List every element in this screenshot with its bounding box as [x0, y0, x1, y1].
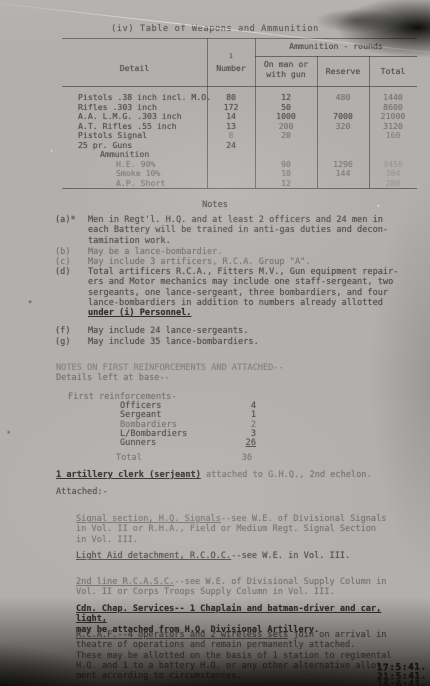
notes-heading: Notes [0, 200, 430, 210]
header-bottom-rule [62, 86, 417, 87]
cell-on-man [255, 141, 317, 151]
note-c: (c) May include 3 artificers, R.C.A. Gro… [88, 257, 410, 267]
cell-number: 24 [207, 141, 255, 151]
reinforcements-subheading: Details left at base-- [56, 373, 170, 383]
attached-light-aid-detachment: Light Aid detachment, R.C.O.C.--see W.E.… [58, 541, 414, 561]
cell-total: 160 [369, 131, 417, 141]
cell-reserve: 320 [317, 122, 369, 132]
artillery-clerk-line: 1 artillery clerk (serjeant) attached to… [56, 470, 416, 480]
list-item: Bombardiers 2 [120, 421, 256, 430]
header-detail: Detail [62, 64, 207, 74]
header-reserve: Reserve [317, 67, 369, 77]
note-label: (g) [55, 337, 71, 347]
cell-number [207, 169, 255, 179]
page-title: (iv) Table of Weapons and Ammunition [0, 24, 430, 34]
note-g: (g) May include 35 lance-bombardiers. [88, 337, 410, 347]
note-a: (a)* Men in Regt'l. H.Q. and at least 2 … [88, 215, 410, 246]
cell-reserve: 144 [317, 169, 369, 179]
reinforcements-total: Total 36 [116, 454, 252, 463]
note-text: May include 24 lance-sergeants. [88, 326, 410, 336]
total-row: Total 36 [116, 454, 252, 463]
cell-on-man: 12 [255, 179, 317, 189]
date-stamp: 16:6:41. [377, 681, 427, 686]
note-label: (d) [55, 267, 71, 277]
header-on-man-or-with-gun: On man or with gun [255, 60, 317, 79]
item-label: Gunners [120, 439, 228, 448]
paragraph-lead: 2nd line R.C.A.S.C. [76, 577, 174, 587]
list-item: Gunners 26 [120, 439, 256, 448]
paragraph-lead: Light Aid detachment, R.C.O.C. [76, 551, 231, 561]
cell-detail: A.P. Short [62, 179, 207, 189]
header-number: Number [207, 64, 255, 74]
cell-reserve [317, 131, 369, 141]
cell-number [207, 179, 255, 189]
note-label: (b) [55, 247, 71, 257]
cell-reserve [317, 141, 369, 151]
note-label: (a)* [55, 215, 76, 225]
date-stamps: 17:5:41. 21:5:41. 16:6:41. [377, 664, 427, 686]
weapons-ammunition-table: Ammunition - rounds Detail 1 Number On m… [62, 38, 417, 190]
note-label: (c) [55, 257, 71, 267]
note-text: Total artificers R.C.A., Fitters M.V., G… [88, 267, 410, 308]
note-text: Men in Regt'l. H.Q. and at least 2 offic… [88, 215, 410, 246]
paragraph-rest: --see W.E. in Vol. III. [231, 551, 350, 561]
cell-number [207, 160, 255, 170]
table-top-rule [62, 38, 417, 39]
note-text: May be a lance-bombardier. [88, 247, 410, 257]
note-label: (f) [55, 326, 71, 336]
cell-reserve [317, 179, 369, 189]
table-row: A.P. Short 12 288 [62, 179, 417, 189]
table-bottom-rule [62, 188, 417, 189]
attached-signal-section: Signal section, H.Q. Signals--see W.E. o… [58, 504, 414, 545]
header-ammunition-rounds: Ammunition - rounds [255, 42, 417, 52]
cell-total [369, 141, 417, 151]
reinforcements-list: Officers 4 Sergeant 1 Bombardiers 2 L/Bo… [120, 402, 256, 448]
attached-heading: Attached:- [56, 487, 108, 497]
header-total: Total [369, 67, 417, 77]
reinforcements-heading: NOTES ON FIRST REINFORCEMENTS AND ATTACH… [56, 363, 284, 373]
note-b: (b) May be a lance-bombardier. [88, 247, 410, 257]
attached-rcaf-wireless: R.C.A.F.--4 operators and 2 wireless set… [58, 620, 414, 681]
note-d: (d) Total artificers R.C.A., Fitters M.V… [88, 267, 410, 318]
paragraph-lead: R.C.A.F.--4 operators and 2 wireless set… [76, 630, 288, 640]
cell-total: 288 [369, 179, 417, 189]
cell-on-man: 20 [255, 131, 317, 141]
ammo-group-rule [255, 56, 417, 57]
cell-reserve: 480 [317, 93, 369, 103]
note-text: May include 35 lance-bombardiers. [88, 337, 410, 347]
item-label: Bombardiers [120, 421, 228, 430]
paragraph-lead: Signal section, H.Q. Signals [76, 514, 221, 524]
clerk-lead: 1 artillery clerk (serjeant) [56, 470, 201, 480]
scanned-document-page: (iv) Table of Weapons and Ammunition Amm… [0, 0, 430, 686]
note-emphasis: under (i) Personnel. [88, 308, 410, 318]
header-number-footnote: 1 [207, 52, 255, 62]
total-label: Total [116, 454, 224, 463]
item-value: 2 [228, 421, 256, 430]
clerk-rest: attached to G.H.Q., 2nd echelon. [201, 470, 372, 480]
total-value: 36 [224, 454, 252, 463]
note-f: (f) May include 24 lance-sergeants. [88, 326, 410, 336]
cell-number [207, 150, 255, 160]
item-value: 26 [228, 439, 256, 448]
note-text: May include 3 artificers, R.C.A. Group "… [88, 257, 410, 267]
